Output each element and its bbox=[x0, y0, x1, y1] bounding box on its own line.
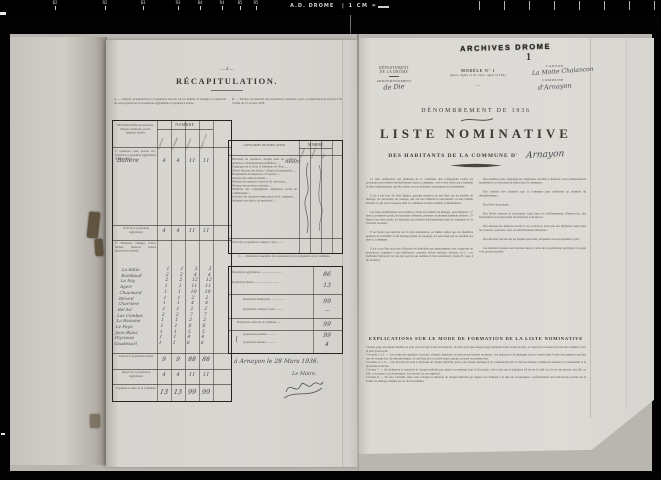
ruler-tick: B2 bbox=[49, 1, 61, 5]
note-b: B. — Tableau récapitulatif des populatio… bbox=[232, 98, 342, 106]
table-grid-line bbox=[113, 240, 231, 241]
census-title: DÉNOMBREMENT DE 1936 bbox=[364, 108, 588, 114]
bracket-glyph: { bbox=[235, 335, 238, 343]
table-grid-line bbox=[313, 267, 314, 353]
table-grid-line bbox=[229, 318, 342, 319]
total-value: 88 bbox=[185, 356, 200, 363]
table-c-row-label-wrap: Population totale de la commune ...... bbox=[237, 321, 311, 330]
table-c: Population agglomérée ..................… bbox=[228, 266, 343, 354]
total-value: 9 bbox=[171, 356, 186, 363]
carry-value: 11 bbox=[185, 372, 200, 378]
explanations-title: EXPLICATIONS SUR LE MODE DE FORMATION DE… bbox=[364, 336, 588, 341]
fold-crease bbox=[590, 38, 591, 418]
paragraph: Des détenus des maisons d'arrêt et de co… bbox=[479, 225, 586, 233]
row-label: population présente ........... bbox=[243, 333, 311, 337]
table-c-value: — bbox=[316, 308, 339, 314]
total2-label-wrap: Total de la population éparse bbox=[116, 355, 156, 365]
signature-block: à Arnayon le 28 Mars 1936. Le Maire, bbox=[234, 358, 340, 408]
paragraph: Les listes nominatives sont établies à l… bbox=[366, 211, 473, 226]
note-b-wrap: B. — Tableau récapitulatif des populatio… bbox=[232, 98, 342, 120]
page-title: RÉCAPITULATION. bbox=[112, 76, 342, 86]
film-speck bbox=[0, 12, 6, 15]
note-a-wrap: A. — Tableau récapitulatif de la populat… bbox=[114, 98, 226, 120]
handwritten-brace-stroke bbox=[313, 163, 327, 233]
table-c-row-label-wrap: Population éparse ......................… bbox=[232, 281, 311, 290]
tape-repair bbox=[94, 239, 103, 257]
cell-value: 11 bbox=[185, 158, 200, 164]
note-c-wrap: C. — Résultats d'ensemble du recensement… bbox=[228, 255, 341, 264]
one-cm-reference-bar bbox=[378, 6, 389, 8]
cell-value: 11 bbox=[199, 158, 214, 164]
table-a: DÉSIGNATION des quartiers, villages, ham… bbox=[112, 120, 232, 402]
subtitle-printed: DES HABITANTS DE LA COMMUNE D' bbox=[388, 153, 518, 159]
grand-total-value: 99 bbox=[199, 388, 214, 396]
total-value: 4 bbox=[157, 228, 172, 234]
table-c-row-label-wrap: Population comptée à part .......... bbox=[243, 308, 311, 317]
carry-label: Report de la population agglomérée bbox=[116, 371, 156, 379]
swash-ornament bbox=[460, 117, 494, 123]
commune-name-handwritten: Arnayon bbox=[525, 149, 564, 161]
table-a-name-header: DÉSIGNATION des quartiers, villages, ham… bbox=[115, 124, 156, 135]
total1-label: Total de la population agglomérée bbox=[116, 227, 156, 235]
hamlet-name-handwritten: Balière bbox=[117, 157, 140, 164]
explanations-wrap: Chaque page du présent modèle ne peut re… bbox=[366, 346, 586, 404]
grand-total-label: Population totale de la commune bbox=[116, 387, 156, 391]
center-fold bbox=[357, 34, 359, 471]
table-b: CATÉGORIES DE POPULATION NOMBRE d'hommes… bbox=[228, 140, 343, 254]
table-grid-line bbox=[229, 294, 342, 295]
ruler-tick: B4 bbox=[194, 1, 206, 5]
paragraph: Des élèves internes et personnels logés … bbox=[479, 212, 586, 220]
table-grid-line bbox=[113, 384, 231, 385]
title-rule bbox=[211, 90, 243, 91]
table-grid-line bbox=[157, 129, 213, 130]
note-c: C. — Résultats d'ensemble du recensement… bbox=[228, 255, 341, 259]
row-label: Population municipale .................. bbox=[243, 298, 311, 302]
total1-label-wrap: Total de la population agglomérée bbox=[116, 227, 156, 239]
subtitle-line: DES HABITANTS DE LA COMMUNE D' Arnayon bbox=[364, 144, 588, 162]
left-page-recapitulation: — 4 — RÉCAPITULATION. A. — Tableau récap… bbox=[106, 40, 358, 467]
table-grid-line bbox=[113, 369, 231, 370]
total-value: 4 bbox=[171, 228, 186, 234]
section2-label: 2° Hameaux, villages, écarts, fermes, ma… bbox=[115, 242, 156, 253]
ruler-tick: R3 bbox=[172, 1, 184, 5]
stamp-page-number: 1 bbox=[526, 52, 531, 63]
body-col1: La liste nominative des habitants de la … bbox=[366, 174, 473, 268]
body-col2: Des membres des congrégations religieuse… bbox=[479, 174, 586, 260]
table-c-value: 86 bbox=[316, 271, 339, 278]
page-number: — 4 — bbox=[112, 66, 342, 71]
scale-label: | 1 CM = bbox=[342, 3, 377, 9]
table-c-value: 99 bbox=[316, 332, 339, 339]
photo-ruler-strip: B2 R2 B3 R3 B4 R4 B5 R5 A.D. DROME | 1 C… bbox=[0, 0, 661, 15]
archives-agency-label: A.D. DROME bbox=[290, 3, 334, 9]
model-note: (Recto : lignes 1 à 30 ; verso : lignes … bbox=[446, 74, 510, 78]
tape-repair bbox=[90, 414, 100, 428]
neant-handwritten: néant bbox=[285, 159, 301, 165]
table-b-name-header-wrap: CATÉGORIES DE POPULATION bbox=[231, 144, 297, 155]
table-a-name-header-wrap: DÉSIGNATION des quartiers, villages, ham… bbox=[115, 124, 156, 147]
ruler-tick: B5 bbox=[234, 1, 246, 5]
carry-value: 11 bbox=[199, 372, 214, 378]
cell-value: 4 bbox=[157, 158, 172, 164]
paragraph: Des déclarés inscrits sur les feuilles s… bbox=[479, 238, 586, 242]
right-page-liste-nominative: ARCHIVES DROME 1 DÉPARTEMENT DE LA DRÔME… bbox=[358, 38, 654, 454]
explanations-text: Chaque page du présent modèle ne peut re… bbox=[366, 346, 586, 384]
table-b-total-wrap: Total de la population comptée à part ..… bbox=[232, 241, 297, 251]
row-label: Population agglomérée ..................… bbox=[232, 271, 311, 275]
table-grid-line bbox=[113, 353, 231, 354]
paragraph: Des listes de passage ; bbox=[479, 203, 586, 207]
total-value: 11 bbox=[199, 228, 214, 234]
lens-divider-ornament bbox=[448, 162, 504, 169]
archives-stamp: ARCHIVES DROME bbox=[460, 42, 551, 53]
row-label: Population totale de la commune ...... bbox=[237, 321, 311, 325]
table-c-value: 99 bbox=[316, 298, 339, 305]
row-label: population absente ............ bbox=[243, 341, 311, 345]
ruler-tick: B3 bbox=[137, 1, 149, 5]
table-grid-line bbox=[229, 238, 342, 239]
grand-total-value: 13 bbox=[157, 388, 172, 396]
table-grid-line bbox=[332, 141, 333, 253]
divider-rule bbox=[389, 76, 399, 77]
model-note-wrap: (Recto : lignes 1 à 30 ; verso : lignes … bbox=[446, 74, 510, 82]
mayor-signature bbox=[280, 376, 326, 402]
document-spread: — 4 — RÉCAPITULATION. A. — Tableau récap… bbox=[10, 34, 652, 471]
film-speck bbox=[1, 433, 5, 435]
model-block: MODÈLE N° 1 (Recto : lignes 1 à 30 ; ver… bbox=[446, 68, 510, 87]
table-a-nombre-header: NOMBRE bbox=[157, 123, 213, 127]
canton-handwritten: La Motte Chalancon bbox=[532, 66, 590, 77]
paragraph: Il n'y a pas lieu non plus d'inscrire le… bbox=[366, 248, 473, 263]
department-value: DE LA DRÔME bbox=[368, 70, 420, 74]
row-label: Population comptée à part .......... bbox=[243, 308, 311, 312]
note-a: A. — Tableau récapitulatif de la populat… bbox=[114, 98, 226, 106]
blank-facing-page bbox=[10, 37, 107, 465]
grand-total-value: 99 bbox=[185, 388, 200, 396]
table-c-row-label-wrap: Population municipale .................. bbox=[243, 298, 311, 307]
carry-value: 4 bbox=[171, 372, 186, 378]
table-b-rows-wrap: Habitants en résidence obligée dans les … bbox=[232, 158, 297, 238]
table-c-value: 99 bbox=[316, 321, 339, 328]
dash-ornament: — bbox=[446, 82, 510, 87]
table-c-row-label-wrap: population absente ............ bbox=[243, 341, 311, 350]
fold-crease bbox=[626, 38, 627, 408]
paragraph: Il ne faudra pas inscrire sur la liste n… bbox=[366, 231, 473, 242]
total-value: 9 bbox=[157, 356, 172, 363]
body-col1-wrap: La liste nominative des habitants de la … bbox=[366, 174, 473, 332]
paragraph: Il n'y a pas lieu d'y faire figurer, quo… bbox=[366, 194, 473, 205]
carry-value: 4 bbox=[157, 372, 172, 378]
section2-label-wrap: 2° Hameaux, villages, écarts, fermes, ma… bbox=[115, 242, 156, 262]
grand-label-wrap: Population totale de la commune bbox=[116, 387, 156, 399]
paragraph: Les résultats obtenus sont totalisés dan… bbox=[479, 247, 586, 255]
table-grid-line bbox=[229, 330, 342, 331]
total2-label: Total de la population éparse bbox=[116, 355, 156, 359]
paragraph: La liste nominative des habitants de la … bbox=[366, 178, 473, 189]
canton-commune-block: CANTON La Motte Chalancon COMMUNE d'Arna… bbox=[532, 64, 590, 90]
grand-total-value: 13 bbox=[171, 388, 186, 396]
table-grid-line bbox=[113, 225, 231, 226]
table-grid-line bbox=[213, 121, 214, 401]
paragraph: Des membres des congrégations religieuse… bbox=[479, 178, 586, 186]
table-c-row-label-wrap: Population agglomérée ..................… bbox=[232, 271, 311, 280]
department-block: DÉPARTEMENT DE LA DRÔME ARRONDISSEMENT d… bbox=[368, 66, 420, 91]
body-col2-wrap: Des membres des congrégations religieuse… bbox=[479, 174, 586, 332]
table-b-total-label: Total de la population comptée à part ..… bbox=[232, 241, 297, 245]
total-value: 88 bbox=[199, 356, 214, 363]
printed-area: ARCHIVES DROME 1 DÉPARTEMENT DE LA DRÔME… bbox=[364, 38, 588, 454]
table-b-name-header: CATÉGORIES DE POPULATION bbox=[231, 144, 297, 148]
place-date-handwritten: à Arnayon le 28 Mars 1936. bbox=[234, 358, 319, 365]
carry-label-wrap: Report de la population agglomérée bbox=[116, 371, 156, 381]
table-c-value: 13 bbox=[316, 282, 339, 289]
table-c-value: 4 bbox=[316, 341, 339, 348]
ruler-tick: R4 bbox=[216, 1, 228, 5]
ruler-tick: R5 bbox=[250, 1, 262, 5]
ruler-tick: R2 bbox=[99, 1, 111, 5]
row-label: Population éparse ......................… bbox=[232, 281, 311, 285]
cell-value: 4 bbox=[171, 158, 186, 164]
model-label: MODÈLE N° 1 bbox=[446, 68, 510, 73]
main-title: LISTE NOMINATIVE bbox=[364, 126, 588, 142]
fold-crease bbox=[350, 14, 351, 36]
ruler-right-ticks bbox=[455, 1, 655, 10]
paragraph: Des ouvriers des chantiers que la commun… bbox=[479, 191, 586, 199]
total-value: 11 bbox=[185, 228, 200, 234]
